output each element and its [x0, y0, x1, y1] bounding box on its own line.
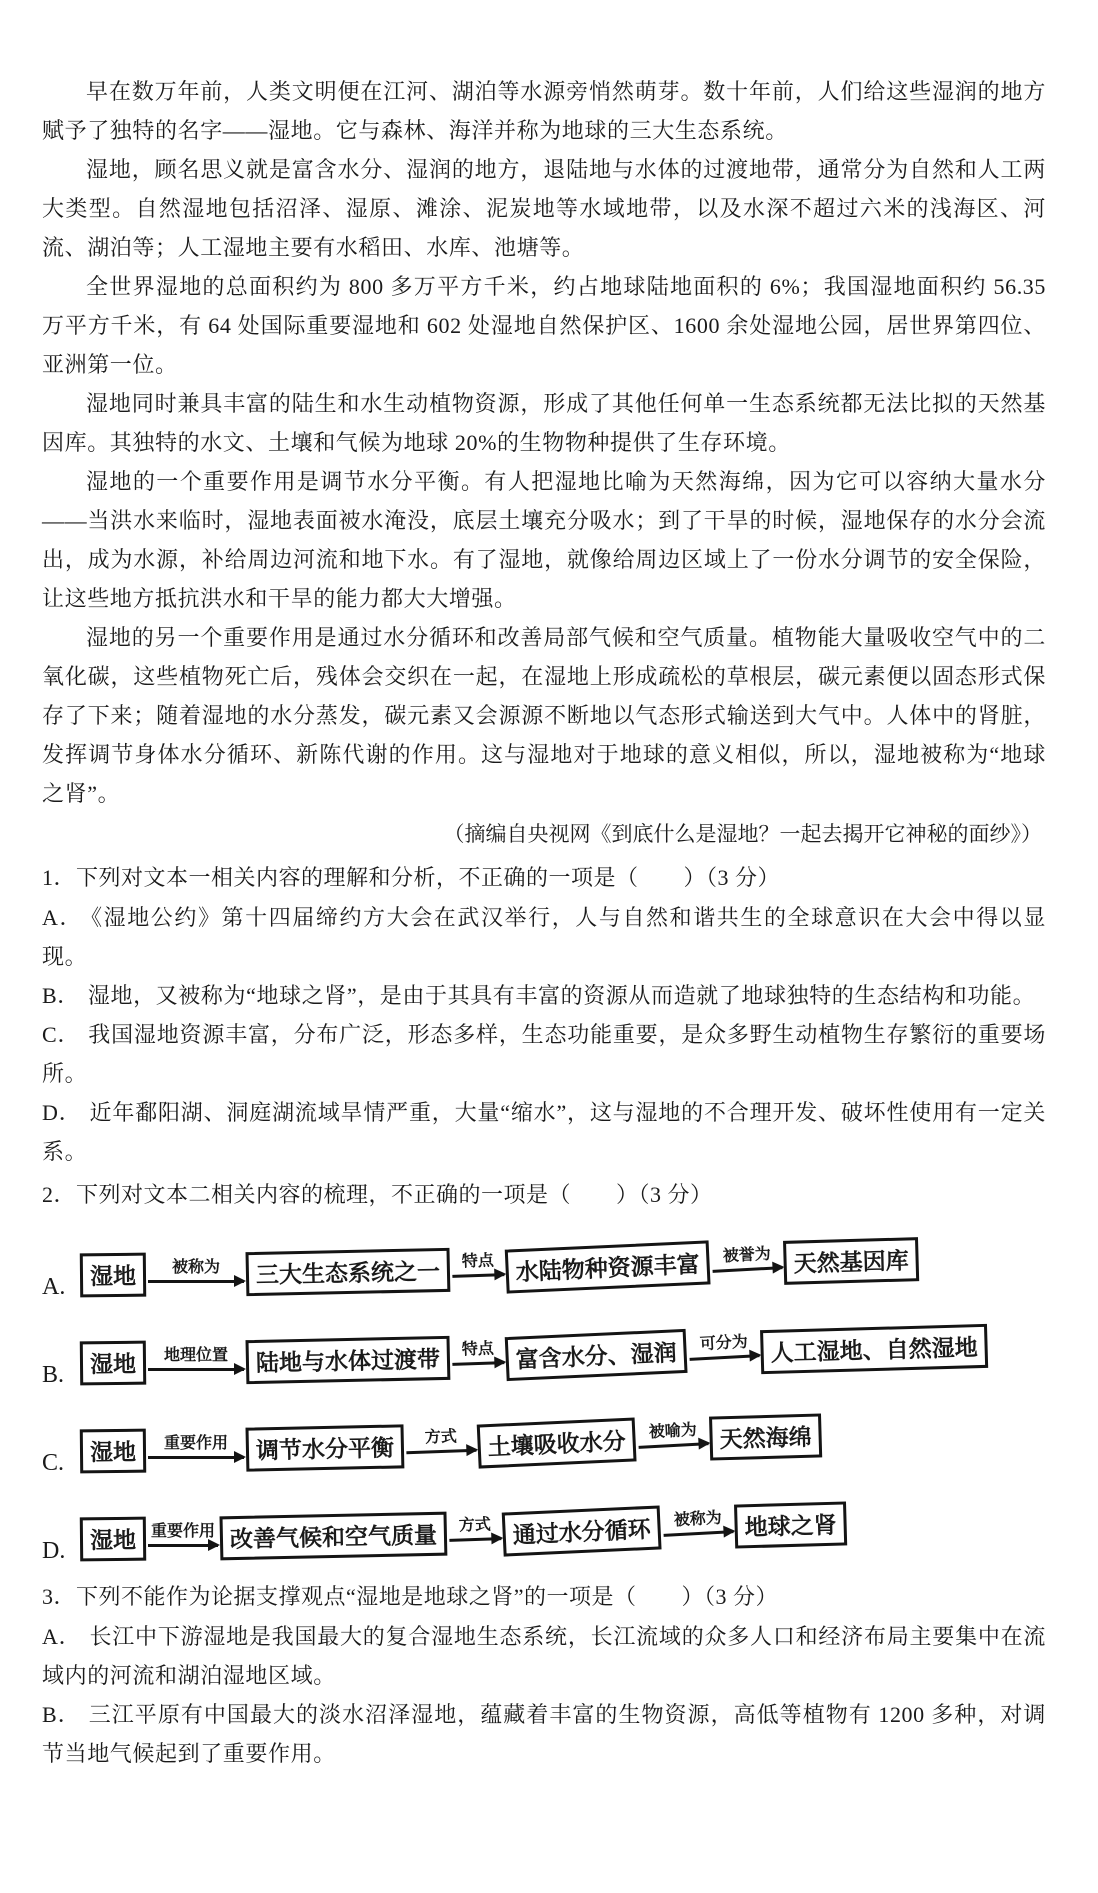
- flow-node: 天然基因库: [783, 1237, 919, 1285]
- arrow-label: 地理位置: [164, 1347, 228, 1365]
- arrow-label: 特点: [462, 1341, 495, 1360]
- flowchart-row-c: C. 湿地 重要作用 调节水分平衡 方式 土壤吸收水分 被喻为 天然海绵: [42, 1405, 1046, 1479]
- arrow-line: [452, 1361, 504, 1365]
- option-text: 《湿地公约》第十四届缔约方大会在武汉举行，人与自然和谐共生的全球意识在大会中得以…: [42, 905, 1046, 969]
- flowchart-row-label: A.: [42, 1274, 80, 1303]
- arrow-line: [713, 1266, 783, 1272]
- flow-node: 土壤吸收水分: [477, 1417, 637, 1468]
- option-label: D．: [42, 1100, 82, 1125]
- flowchart-diagram: 湿地 地理位置 陆地与水体过渡带 特点 富含水分、湿润 可分为 人工湿地、自然湿…: [80, 1341, 988, 1391]
- flow-arrow: 重要作用: [148, 1523, 218, 1547]
- flowchart-diagram: 湿地 重要作用 改善气候和空气质量 方式 通过水分循环 被称为 地球之肾: [80, 1517, 847, 1567]
- arrow-line: [148, 1456, 244, 1459]
- flowchart-row-b: B. 湿地 地理位置 陆地与水体过渡带 特点 富含水分、湿润 可分为 人工湿地、…: [42, 1317, 1046, 1391]
- exam-page: 早在数万年前，人类文明便在江河、湖泊等水源旁悄然萌芽。数十年前，人们给这些湿润的…: [0, 0, 1098, 1893]
- flow-node: 三大生态系统之一: [245, 1248, 450, 1296]
- citation-line: （摘编自央视网《到底什么是湿地？一起去揭开它神秘的面纱》）: [42, 815, 1046, 854]
- option-label: B．: [42, 983, 80, 1008]
- passage-paragraph: 湿地，顾名思义就是富含水分、湿润的地方，退陆地与水体的过渡地带，通常分为自然和人…: [42, 150, 1046, 267]
- arrow-label: 被称为: [172, 1259, 220, 1277]
- question-1: 1．下列对文本一相关内容的理解和分析，不正确的一项是（ ）（3 分） A．《湿地…: [42, 858, 1046, 1171]
- flow-node: 湿地: [80, 1341, 146, 1386]
- arrow-label: 被喻为: [648, 1422, 697, 1442]
- flow-node: 改善气候和空气质量: [220, 1512, 448, 1561]
- flow-arrow: 特点: [452, 1252, 505, 1277]
- passage: 早在数万年前，人类文明便在江河、湖泊等水源旁悄然萌芽。数十年前，人们给这些湿润的…: [42, 72, 1046, 854]
- option-text: 我国湿地资源丰富，分布广泛，形态多样，生态功能重要，是众多野生动植物生存繁衍的重…: [42, 1022, 1046, 1086]
- flow-node: 通过水分循环: [502, 1505, 662, 1556]
- flow-arrow: 被喻为: [637, 1421, 708, 1448]
- question-stem: 1．下列对文本一相关内容的理解和分析，不正确的一项是（ ）（3 分）: [42, 858, 1046, 898]
- flow-node: 湿地: [80, 1253, 146, 1298]
- arrow-label: 被称为: [673, 1510, 722, 1530]
- arrow-line: [452, 1273, 504, 1277]
- flow-node: 调节水分平衡: [245, 1424, 404, 1471]
- flow-node: 水陆物种资源丰富: [505, 1240, 711, 1293]
- flow-arrow: 特点: [452, 1340, 505, 1365]
- arrow-label: 方式: [459, 1517, 492, 1536]
- arrow-line: [690, 1354, 760, 1360]
- question-3: 3．下列不能作为论据支撑观点“湿地是地球之肾”的一项是（ ）（3 分） A．长江…: [42, 1577, 1046, 1773]
- option-item: B．湿地，又被称为“地球之肾”，是由于其具有丰富的资源从而造就了地球独特的生态结…: [42, 976, 1046, 1015]
- arrow-label: 可分为: [699, 1334, 748, 1354]
- flow-node: 天然海绵: [709, 1413, 822, 1460]
- option-item: A．长江中下游湿地是我国最大的复合湿地生态系统，长江流域的众多人口和经济布局主要…: [42, 1617, 1046, 1695]
- flow-node: 湿地: [80, 1517, 146, 1562]
- arrow-label: 重要作用: [164, 1435, 228, 1453]
- passage-paragraph: 全世界湿地的总面积约为 800 多万平方千米，约占地球陆地面积的 6%；我国湿地…: [42, 267, 1046, 384]
- option-text: 湿地，又被称为“地球之肾”，是由于其具有丰富的资源从而造就了地球独特的生态结构和…: [88, 983, 1035, 1008]
- flow-node: 人工湿地、自然湿地: [760, 1324, 988, 1374]
- arrow-label: 方式: [425, 1429, 458, 1448]
- option-item: B．三江平原有中国最大的淡水沼泽湿地，蕴藏着丰富的生物资源，高低等植物有 120…: [42, 1695, 1046, 1773]
- option-text: 三江平原有中国最大的淡水沼泽湿地，蕴藏着丰富的生物资源，高低等植物有 1200 …: [42, 1702, 1046, 1766]
- option-item: D．近年鄱阳湖、洞庭湖流域旱情严重，大量“缩水”，这与湿地的不合理开发、破坏性使…: [42, 1093, 1046, 1171]
- flow-arrow: 方式: [449, 1516, 502, 1541]
- option-label: C．: [42, 1022, 80, 1047]
- flowchart-row-label: B.: [42, 1362, 80, 1391]
- arrow-label: 重要作用: [151, 1523, 215, 1541]
- bottom-whitespace: [42, 1773, 1046, 1853]
- option-text: 近年鄱阳湖、洞庭湖流域旱情严重，大量“缩水”，这与湿地的不合理开发、破坏性使用有…: [42, 1100, 1046, 1164]
- arrow-line: [449, 1537, 501, 1541]
- option-label: A．: [42, 905, 83, 930]
- flow-arrow: 被称为: [662, 1509, 733, 1536]
- passage-paragraph: 湿地同时兼具丰富的陆生和水生动植物资源，形成了其他任何单一生态系统都无法比拟的天…: [42, 384, 1046, 462]
- flowchart-row-label: C.: [42, 1450, 80, 1479]
- arrow-line: [148, 1544, 218, 1547]
- arrow-line: [148, 1368, 244, 1371]
- arrow-line: [639, 1442, 709, 1448]
- flow-node: 地球之肾: [734, 1501, 847, 1548]
- option-label: B．: [42, 1702, 81, 1727]
- flowchart-diagram: 湿地 重要作用 调节水分平衡 方式 土壤吸收水分 被喻为 天然海绵: [80, 1429, 822, 1479]
- flow-node: 富含水分、湿润: [505, 1329, 688, 1381]
- passage-paragraph: 湿地的另一个重要作用是通过水分循环和改善局部气候和空气质量。植物能大量吸收空气中…: [42, 618, 1046, 813]
- question-stem: 3．下列不能作为论据支撑观点“湿地是地球之肾”的一项是（ ）（3 分）: [42, 1577, 1046, 1617]
- arrow-label: 特点: [462, 1253, 495, 1272]
- question-2: 2．下列对文本二相关内容的梳理，不正确的一项是（ ）（3 分） A. 湿地 被称…: [42, 1175, 1046, 1567]
- passage-paragraph: 早在数万年前，人类文明便在江河、湖泊等水源旁悄然萌芽。数十年前，人们给这些湿润的…: [42, 72, 1046, 150]
- question-stem: 2．下列对文本二相关内容的梳理，不正确的一项是（ ）（3 分）: [42, 1175, 1046, 1215]
- arrow-label: 被誉为: [722, 1246, 771, 1266]
- flow-arrow: 被誉为: [711, 1245, 782, 1272]
- flowchart-row-label: D.: [42, 1538, 80, 1567]
- flow-arrow: 可分为: [688, 1333, 759, 1360]
- arrow-line: [406, 1449, 476, 1454]
- flow-arrow: 重要作用: [148, 1435, 244, 1459]
- passage-paragraph: 湿地的一个重要作用是调节水分平衡。有人把湿地比喻为天然海绵，因为它可以容纳大量水…: [42, 462, 1046, 618]
- flowchart-diagram: 湿地 被称为 三大生态系统之一 特点 水陆物种资源丰富 被誉为 天然基因库: [80, 1253, 919, 1303]
- flow-node: 湿地: [80, 1429, 146, 1474]
- flow-arrow: 被称为: [148, 1259, 244, 1283]
- option-item: A．《湿地公约》第十四届缔约方大会在武汉举行，人与自然和谐共生的全球意识在大会中…: [42, 898, 1046, 976]
- flowchart-row-d: D. 湿地 重要作用 改善气候和空气质量 方式 通过水分循环 被称为 地球之肾: [42, 1493, 1046, 1567]
- flow-arrow: 方式: [406, 1428, 477, 1454]
- option-item: C．我国湿地资源丰富，分布广泛，形态多样，生态功能重要，是众多野生动植物生存繁衍…: [42, 1015, 1046, 1093]
- flowchart-row-a: A. 湿地 被称为 三大生态系统之一 特点 水陆物种资源丰富 被誉为 天然基因库: [42, 1229, 1046, 1303]
- flow-arrow: 地理位置: [148, 1347, 244, 1371]
- arrow-line: [148, 1280, 244, 1283]
- arrow-line: [664, 1530, 734, 1536]
- flow-node: 陆地与水体过渡带: [245, 1336, 450, 1384]
- option-label: A．: [42, 1624, 81, 1649]
- option-text: 长江中下游湿地是我国最大的复合湿地生态系统，长江流域的众多人口和经济布局主要集中…: [42, 1624, 1046, 1688]
